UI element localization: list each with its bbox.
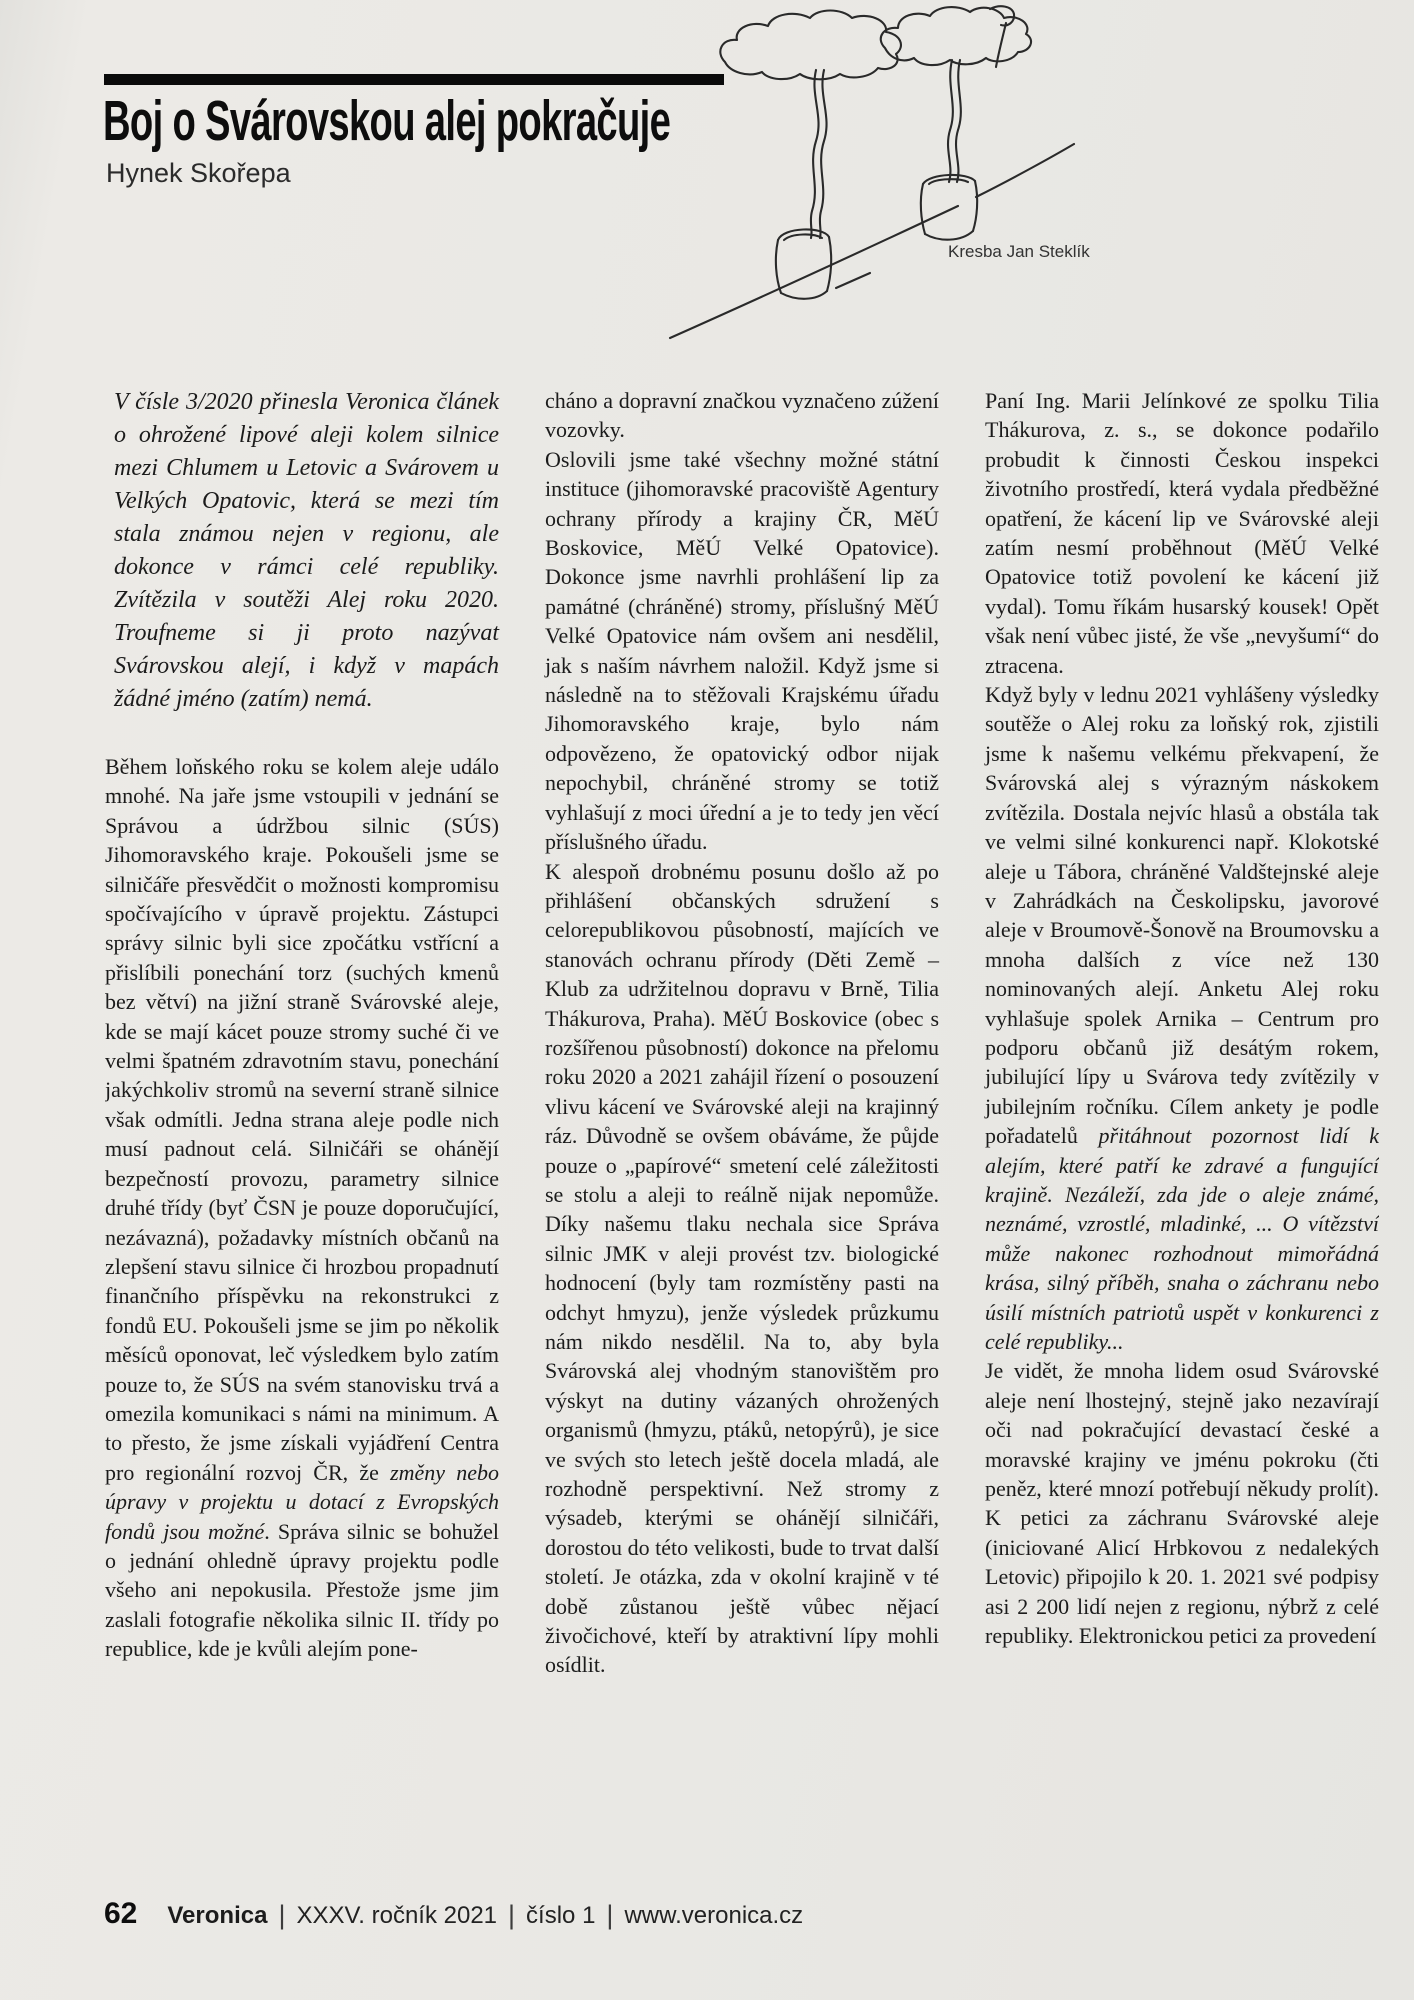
article-paragraph: Paní Ing. Marii Jelínkové ze spolku Tili…: [985, 386, 1379, 680]
article-paragraph: Když byly v lednu 2021 vyhlášeny výsledk…: [985, 680, 1379, 1356]
slope-lines: [670, 144, 1074, 338]
page-number: 62: [104, 1897, 137, 1931]
text-column-1: V čísle 3/2020 přinesla Veronica článek …: [105, 386, 499, 1871]
left-tree-sketch: [720, 11, 901, 299]
title-rule: [104, 74, 724, 85]
article-title: Boj o Svárovskou alej pokračuje: [103, 93, 670, 150]
footer-separator: |: [278, 1900, 285, 1931]
illustration-credit: Kresba Jan Steklík: [948, 242, 1090, 262]
footer-volume: XXXV. ročník 2021: [296, 1902, 497, 1930]
article-paragraph: K alespoň drobnému posunu došlo až po př…: [545, 857, 939, 1680]
article-paragraph: Oslovili jsme také všechny možné státní …: [545, 445, 939, 857]
article-paragraph: Je vidět, že mnoha lidem osud Svárovské …: [985, 1356, 1379, 1650]
page-footer: 62 Veronica | XXXV. ročník 2021 | číslo …: [104, 1897, 803, 1931]
footer-separator: |: [606, 1900, 613, 1931]
text-column-2: cháno a dopravní značkou vyznačeno zúžen…: [545, 386, 939, 1871]
footer-separator: |: [508, 1900, 515, 1931]
article-columns: V čísle 3/2020 přinesla Veronica článek …: [105, 386, 1379, 1871]
magazine-name: Veronica: [167, 1902, 267, 1930]
magazine-page: Boj o Svárovskou alej pokračuje Hynek Sk…: [0, 0, 1414, 2000]
text-column-3: Paní Ing. Marii Jelínkové ze spolku Tili…: [985, 386, 1379, 1871]
article-paragraph: cháno a dopravní značkou vyznačeno zúžen…: [545, 386, 939, 445]
right-tree-sketch: [881, 7, 1031, 240]
article-paragraph: Během loňského roku se kolem aleje událo…: [105, 752, 499, 1664]
footer-issue: číslo 1: [526, 1902, 595, 1930]
article-author: Hynek Skořepa: [106, 158, 291, 189]
footer-website: www.veronica.cz: [624, 1902, 803, 1930]
article-lede: V čísle 3/2020 přinesla Veronica článek …: [105, 386, 499, 716]
tree-sketch-illustration: [640, 0, 1100, 345]
